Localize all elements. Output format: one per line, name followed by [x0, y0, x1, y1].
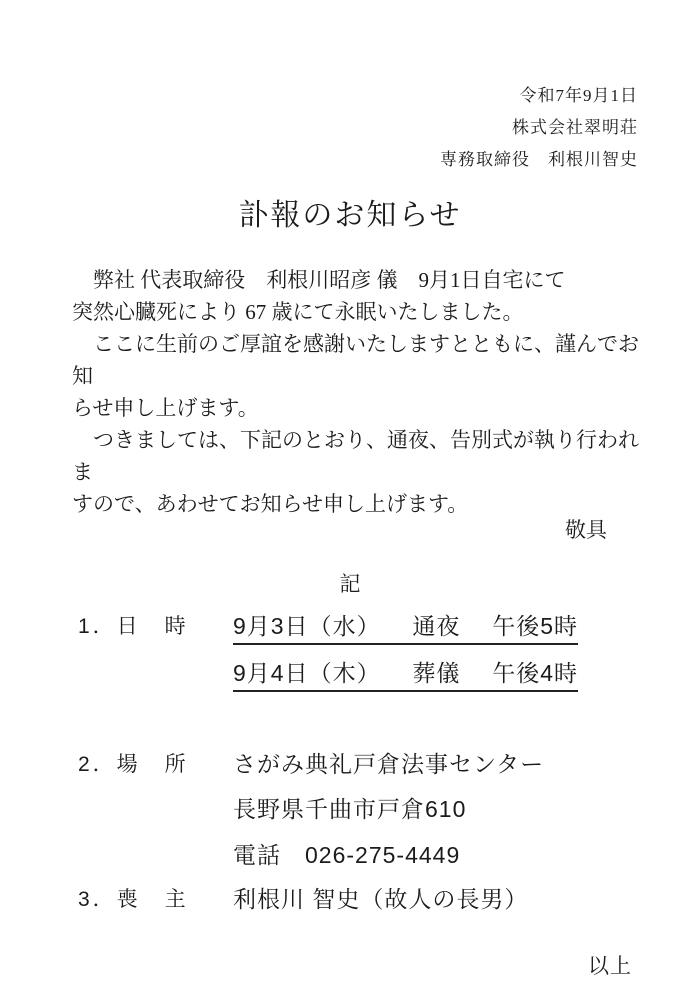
schedule-date: 9月3日（水）: [233, 612, 381, 640]
header-sender: 専務取締役 利根川智史: [0, 144, 638, 176]
chief-mourner-name: 利根川 智史（故人の長男）: [233, 885, 528, 913]
item-label-chief-mourner: 3．喪 主: [78, 885, 233, 914]
notice-heading-ki: 記: [0, 568, 700, 600]
notice-list: 1．日 時 9月3日（水） 通夜 午後5時 9月4日（木） 葬儀 午後4時 2．…: [78, 612, 655, 914]
paragraph-line: らせ申し上げます。: [72, 392, 643, 424]
paragraph-line: つきましては、下記のとおり、通夜、告別式が執り行われま: [72, 424, 643, 488]
item-label-datetime: 1．日 時: [78, 612, 233, 641]
venue-phone: 電話 026-275-4449: [233, 841, 544, 869]
end-word-ijou: 以上: [0, 950, 700, 982]
header-company: 株式会社翠明荘: [0, 112, 638, 144]
venue-name: さがみ典礼戸倉法事センター: [233, 750, 544, 778]
paragraph-line: ここに生前のご厚誼を感謝いたしますとともに、謹んでお知: [72, 328, 643, 392]
schedule-block: 9月3日（水） 通夜 午後5時 9月4日（木） 葬儀 午後4時: [233, 612, 578, 692]
header-date: 令和7年9月1日: [0, 80, 638, 112]
schedule-event: 通夜: [412, 612, 460, 640]
paragraph-line: 弊社 代表取締役 利根川昭彦 儀 9月1日自宅にて: [72, 264, 643, 296]
schedule-row-wake: 9月3日（水） 通夜 午後5時: [233, 612, 578, 645]
mourner-block: 利根川 智史（故人の長男）: [233, 885, 528, 913]
body-text: 弊社 代表取締役 利根川昭彦 儀 9月1日自宅にて 突然心臓死により 67 歳に…: [72, 264, 643, 546]
place-block: さがみ典礼戸倉法事センター 長野県千曲市戸倉610 電話 026-275-444…: [233, 750, 544, 869]
schedule-date: 9月4日（木）: [233, 659, 381, 687]
schedule-time: 午後4時: [492, 659, 578, 687]
schedule-time: 午後5時: [492, 612, 578, 640]
venue-address: 長野県千曲市戸倉610: [233, 795, 544, 823]
item-label-place: 2．場 所: [78, 750, 233, 779]
notice-item-datetime: 1．日 時 9月3日（水） 通夜 午後5時 9月4日（木） 葬儀 午後4時: [78, 612, 655, 692]
notice-item-place: 2．場 所 さがみ典礼戸倉法事センター 長野県千曲市戸倉610 電話 026-2…: [78, 750, 655, 869]
notice-item-chief-mourner: 3．喪 主 利根川 智史（故人の長男）: [78, 885, 655, 914]
page-title: 訃報のお知らせ: [0, 194, 700, 238]
schedule-row-funeral: 9月4日（木） 葬儀 午後4時: [233, 659, 578, 692]
obituary-document-page: 令和7年9月1日 株式会社翠明荘 専務取締役 利根川智史 訃報のお知らせ 弊社 …: [0, 0, 700, 989]
paragraph-line: 突然心臓死により 67 歳にて永眠いたしました。: [72, 296, 643, 328]
document-header: 令和7年9月1日 株式会社翠明荘 専務取締役 利根川智史: [0, 0, 700, 176]
schedule-event: 葬儀: [412, 659, 460, 687]
